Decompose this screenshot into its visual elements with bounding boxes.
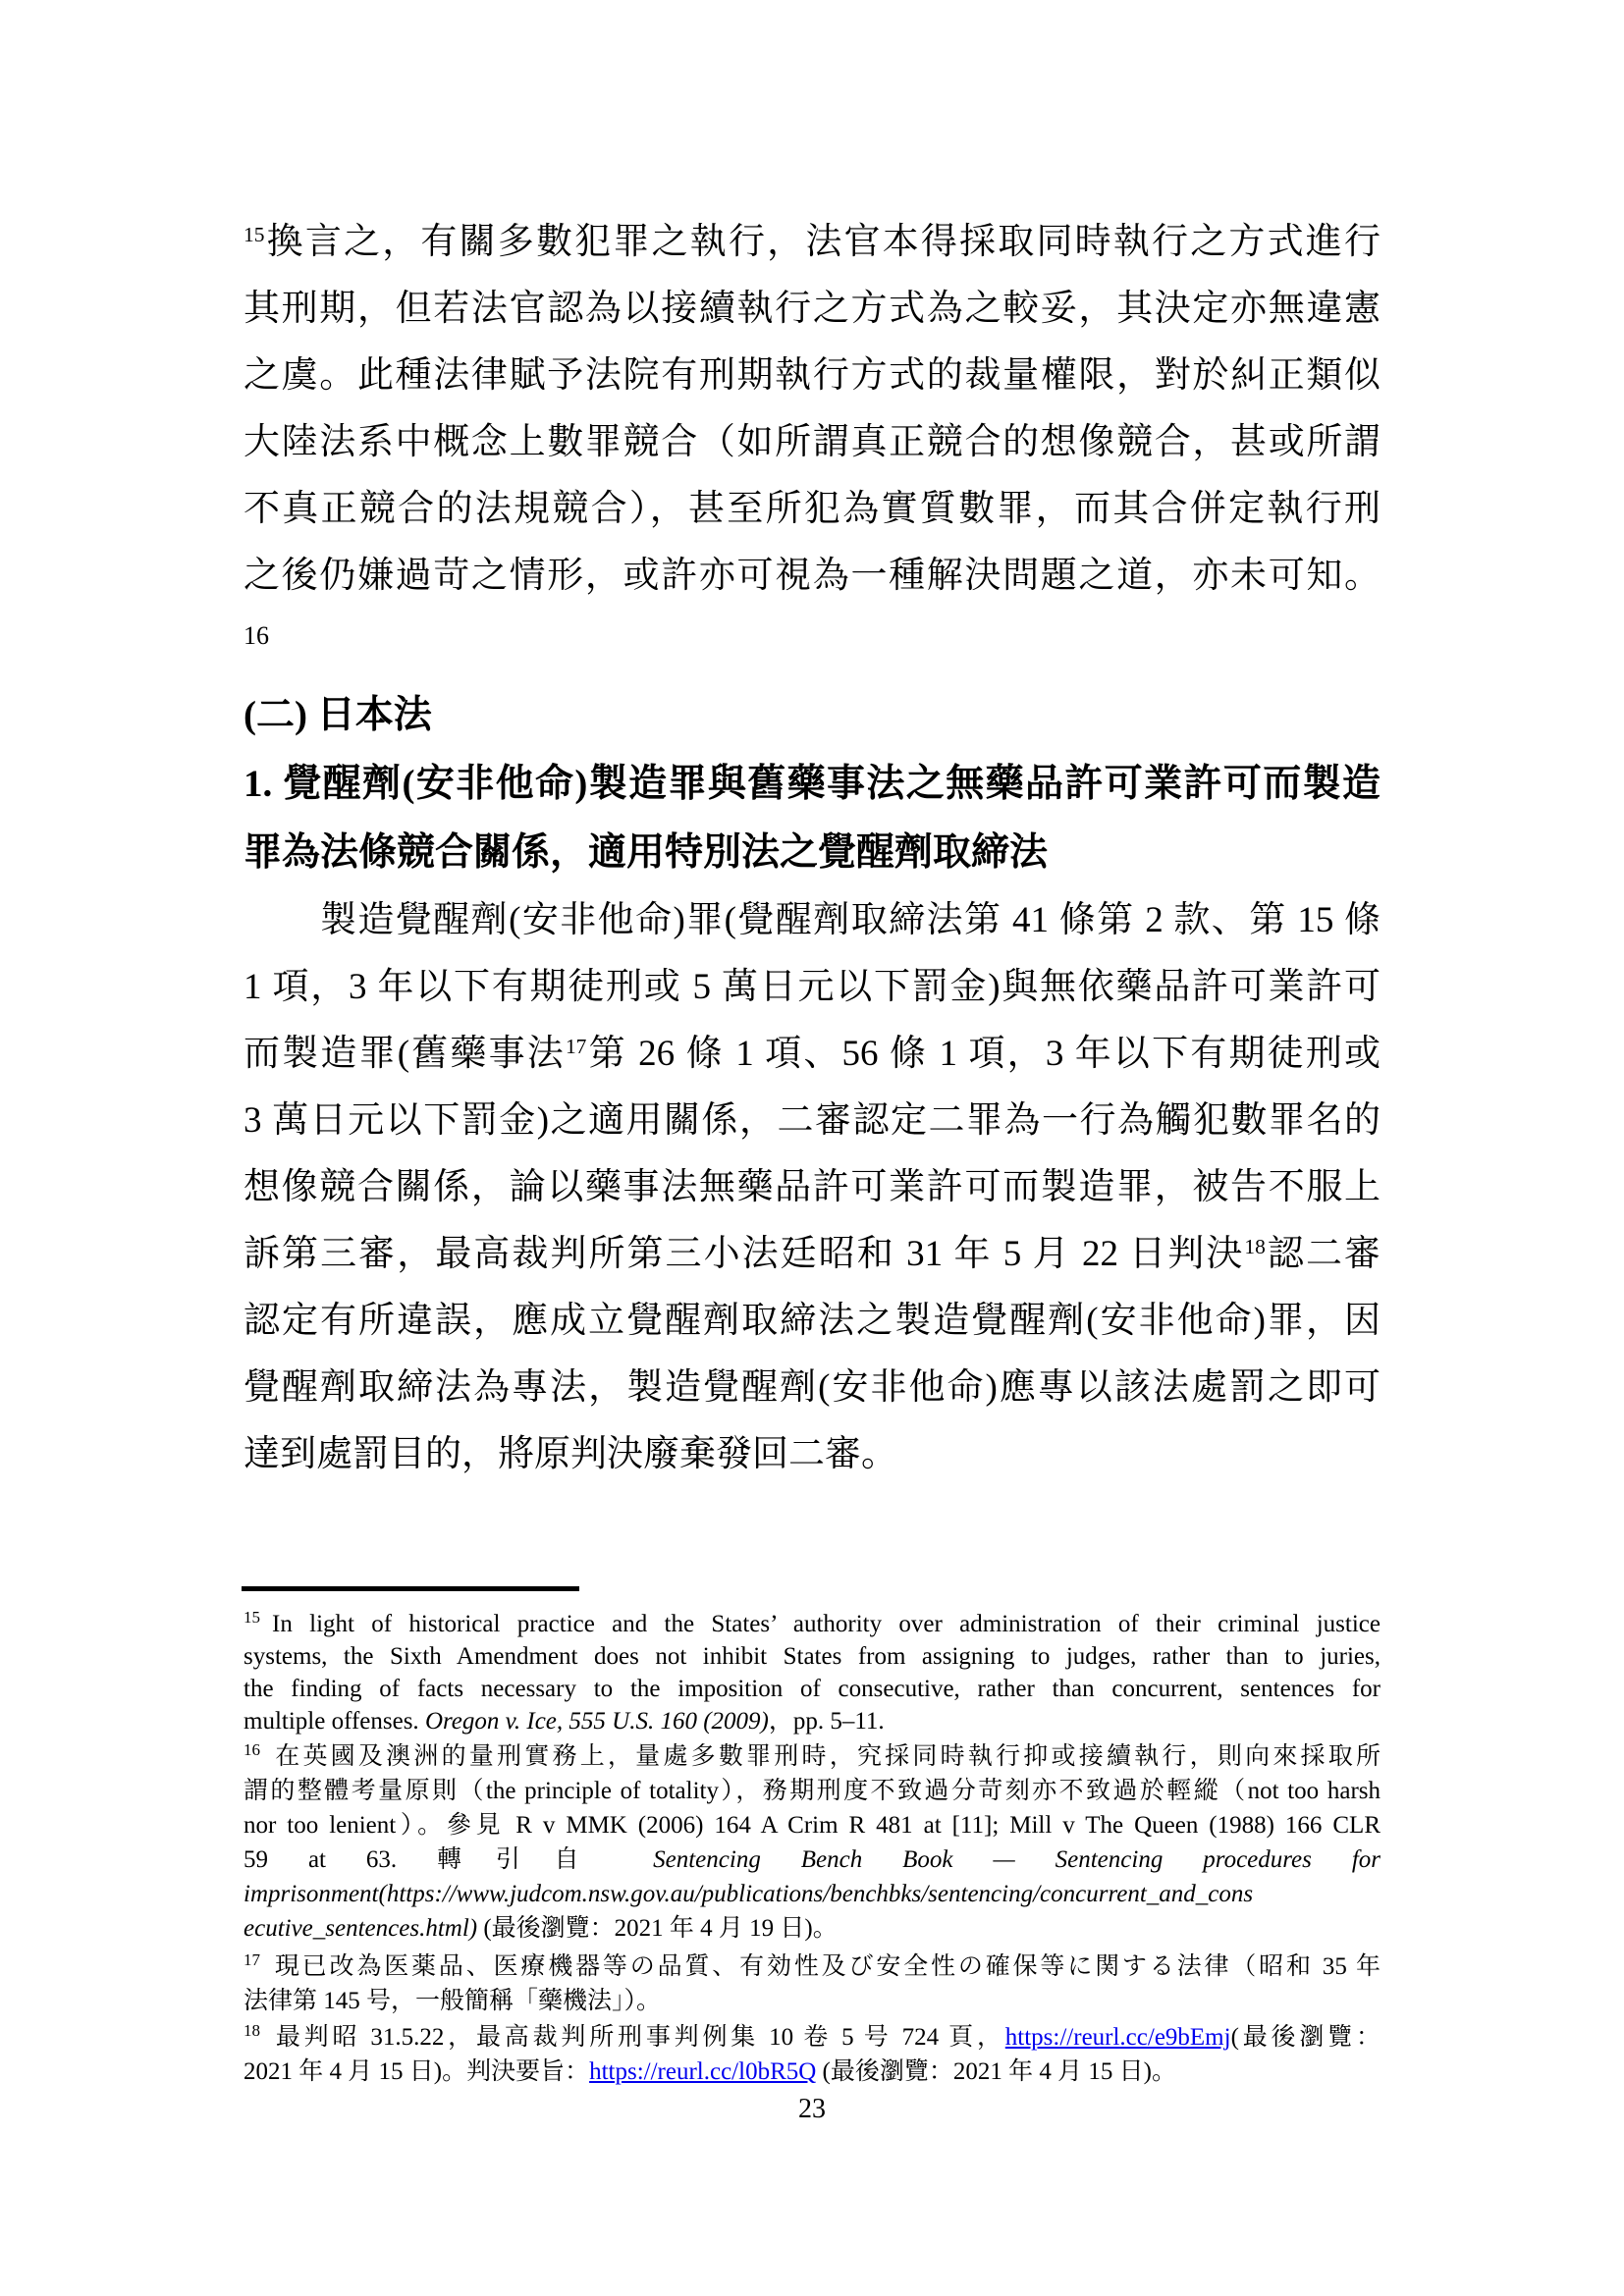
body-line: 大陸法系中概念上數罪競合（如所謂真正競合的想像競合，甚或所謂 xyxy=(244,409,1380,476)
footnote-text: multiple offenses. xyxy=(244,1708,425,1735)
footnote-line: 15In light of historical practice and th… xyxy=(244,1608,1380,1640)
book-title: Sentencing Bench Book — Sentencing proce… xyxy=(653,1846,1380,1873)
footnote-text: (最後瀏覽：2021 年 4 月 19 日)。 xyxy=(477,1915,838,1942)
footnote-line: 法律第 145 号，一般簡稱「藥機法」）。 xyxy=(244,1984,1380,2018)
footnote-line: systems, the Sixth Amendment does not in… xyxy=(244,1640,1380,1673)
section-heading-text: (二) 日本法 xyxy=(244,681,1380,750)
heading-line: 1. 覺醒劑(安非他命)製造罪與舊藥事法之無藥品許可業許可而製造 xyxy=(244,750,1380,819)
heading-line: 罪為法條競合關係，適用特別法之覺醒劑取締法 xyxy=(244,819,1380,887)
body-line: 之後仍嫌過苛之情形，或許亦可視為一種解決問題之道，亦未可知。 xyxy=(244,543,1380,610)
document-page: 15換言之，有關多數犯罪之執行，法官本得採取同時執行之方式進行 其刑期，但若法官… xyxy=(0,0,1624,2296)
body-line: 15換言之，有關多數犯罪之執行，法官本得採取同時執行之方式進行 xyxy=(244,209,1380,276)
body-line: 其刑期，但若法官認為以接續執行之方式為之較妥，其決定亦無違憲 xyxy=(244,276,1380,343)
footnote-line: ecutive_sentences.html) (最後瀏覽：2021 年 4 月… xyxy=(244,1911,1380,1946)
body-line: 訴第三審，最高裁判所第三小法廷昭和 31 年 5 月 22 日判決18認二審 xyxy=(244,1221,1380,1288)
body-line: 想像競合關係，論以藥事法無藥品許可業許可而製造罪，被告不服上 xyxy=(244,1154,1380,1221)
footnote-15: 15In light of historical practice and th… xyxy=(244,1608,1380,1737)
footnote-line: the finding of facts necessary to the im… xyxy=(244,1673,1380,1705)
footnote-text: 在英國及澳洲的量刑實務上，量處多數罪刑時，究採同時執行抑或接續執行，則向來採取所 xyxy=(272,1743,1380,1770)
footnote-text: In light of historical practice and the … xyxy=(272,1611,1380,1637)
body-line: 認定有所違誤，應成立覺醒劑取締法之製造覺醒劑(安非他命)罪，因 xyxy=(244,1288,1380,1355)
section-heading: (二) 日本法 xyxy=(244,681,1380,750)
book-title-url: ecutive_sentences.html) xyxy=(244,1915,477,1942)
external-link[interactable]: https://reurl.cc/l0bR5Q xyxy=(589,2058,816,2085)
body-line: 之虞。此種法律賦予法院有刑期執行方式的裁量權限，對於糾正類似 xyxy=(244,343,1380,409)
footnote-text: (最後瀏覽：2021 年 4 月 15 日)。 xyxy=(816,2058,1176,2085)
body-line: 達到處罰目的，將原判決廢棄發回二審。 xyxy=(244,1421,1380,1488)
footnote-ref-17: 17 xyxy=(566,1035,586,1058)
book-title-url: imprisonment(https://www.judcom.nsw.gov.… xyxy=(244,1881,1253,1907)
footnote-line: multiple offenses. Oregon v. Ice, 555 U.… xyxy=(244,1705,1380,1737)
paragraph-2: 製造覺醒劑(安非他命)罪(覺醒劑取締法第 41 條第 2 款、第 15 條 1 … xyxy=(244,887,1380,1488)
footnote-marker: 18 xyxy=(244,2021,260,2040)
footnote-ref-15: 15 xyxy=(244,223,264,246)
subsection-heading: 1. 覺醒劑(安非他命)製造罪與舊藥事法之無藥品許可業許可而製造 罪為法條競合關… xyxy=(244,750,1380,887)
footnote-line: 18最判昭 31.5.22，最高裁判所刑事判例集 10 卷 5 号 724 頁，… xyxy=(244,2020,1380,2055)
body-text: 訴第三審，最高裁判所第三小法廷昭和 31 年 5 月 22 日判決 xyxy=(244,1234,1244,1274)
footnote-line: 2021 年 4 月 15 日)。判決要旨：https://reurl.cc/l… xyxy=(244,2055,1380,2089)
body-text: 認二審 xyxy=(1266,1234,1380,1274)
footnote-ref-16: 16 xyxy=(244,616,1380,656)
body-line: 覺醒劑取締法為專法，製造覺醒劑(安非他命)應專以該法處罰之即可 xyxy=(244,1355,1380,1421)
body-line: 而製造罪(舊藥事法17第 26 條 1 項、56 條 1 項，3 年以下有期徒刑… xyxy=(244,1021,1380,1088)
footnote-text: 59 at 63. 轉引自 xyxy=(244,1846,653,1873)
footnote-marker: 16 xyxy=(244,1740,260,1759)
page-number: 23 xyxy=(0,2093,1624,2126)
footnote-text: ，pp. 5–11. xyxy=(769,1708,885,1735)
footnote-marker: 17 xyxy=(244,1950,260,1969)
external-link[interactable]: https://reurl.cc/e9bEmj xyxy=(1005,2024,1231,2051)
body-text: 第 26 條 1 項、56 條 1 項，3 年以下有期徒刑或 xyxy=(586,1034,1380,1074)
footnote-17: 17現已改為医薬品、医療機器等の品質、有効性及び安全性の確保等に関する法律（昭和… xyxy=(244,1949,1380,2018)
footnote-line: 59 at 63. 轉引自 Sentencing Bench Book — Se… xyxy=(244,1842,1380,1877)
footnote-text: 2021 年 4 月 15 日)。判決要旨： xyxy=(244,2058,589,2085)
case-citation: Oregon v. Ice, 555 U.S. 160 (2009) xyxy=(425,1708,769,1735)
footnote-text: 最判昭 31.5.22，最高裁判所刑事判例集 10 卷 5 号 724 頁， xyxy=(272,2024,1005,2051)
footnote-line: imprisonment(https://www.judcom.nsw.gov.… xyxy=(244,1877,1380,1911)
footnote-line: nor too lenient）。參見 R v MMK (2006) 164 A… xyxy=(244,1808,1380,1842)
body-text: 換言之，有關多數犯罪之執行，法官本得採取同時執行之方式進行 xyxy=(264,222,1380,262)
footnote-16: 16在英國及澳洲的量刑實務上，量處多數罪刑時，究採同時執行抑或接續執行，則向來採… xyxy=(244,1739,1380,1946)
footnote-ref-18: 18 xyxy=(1244,1235,1265,1258)
body-line: 製造覺醒劑(安非他命)罪(覺醒劑取締法第 41 條第 2 款、第 15 條 xyxy=(244,887,1380,954)
footnote-text: (最後瀏覽： xyxy=(1231,2024,1380,2051)
footnote-line: 16在英國及澳洲的量刑實務上，量處多數罪刑時，究採同時執行抑或接續執行，則向來採… xyxy=(244,1739,1380,1774)
footnote-text: 現已改為医薬品、医療機器等の品質、有効性及び安全性の確保等に関する法律（昭和 3… xyxy=(272,1953,1380,1980)
paragraph-1: 15換言之，有關多數犯罪之執行，法官本得採取同時執行之方式進行 其刑期，但若法官… xyxy=(244,209,1380,610)
body-text: 而製造罪(舊藥事法 xyxy=(244,1034,566,1074)
footnote-line: 17現已改為医薬品、医療機器等の品質、有効性及び安全性の確保等に関する法律（昭和… xyxy=(244,1949,1380,1984)
body-line: 3 萬日元以下罰金)之適用關係，二審認定二罪為一行為觸犯數罪名的 xyxy=(244,1088,1380,1154)
footnote-marker: 15 xyxy=(244,1608,260,1627)
body-line: 1 項，3 年以下有期徒刑或 5 萬日元以下罰金)與無依藥品許可業許可 xyxy=(244,954,1380,1021)
footnote-line: 謂的整體考量原則（the principle of totality），務期刑度… xyxy=(244,1774,1380,1808)
body-line: 不真正競合的法規競合），甚至所犯為實質數罪，而其合併定執行刑 xyxy=(244,476,1380,543)
footnote-18: 18最判昭 31.5.22，最高裁判所刑事判例集 10 卷 5 号 724 頁，… xyxy=(244,2020,1380,2089)
footnote-separator xyxy=(242,1586,579,1591)
